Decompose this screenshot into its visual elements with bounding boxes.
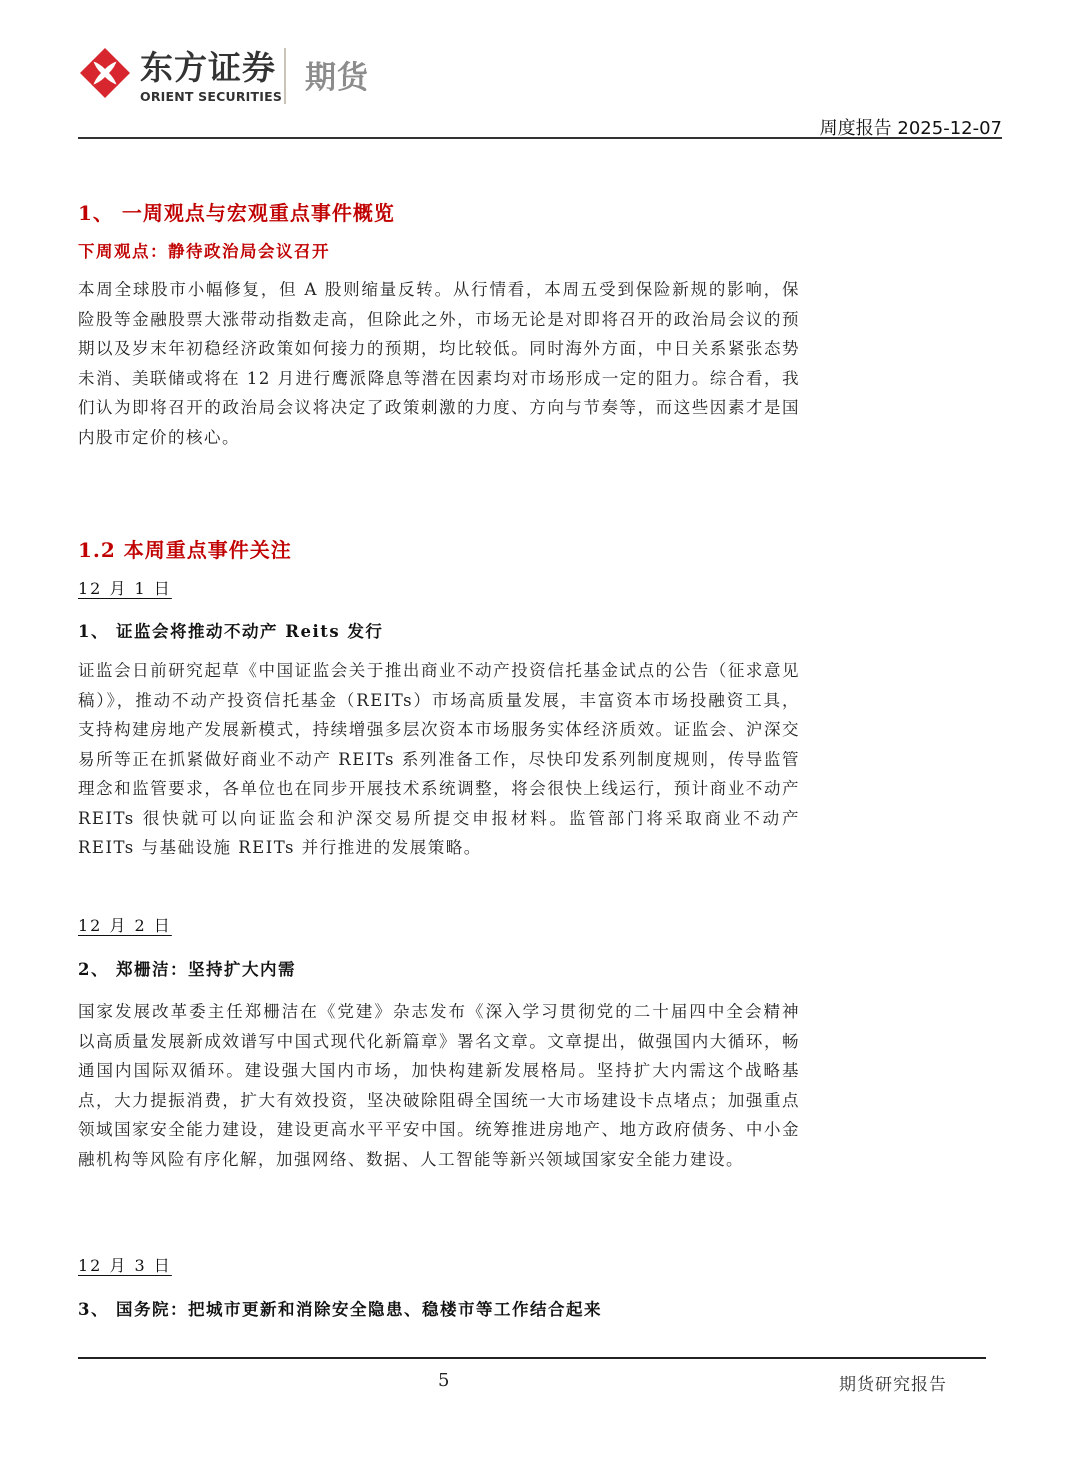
logo-divider (284, 48, 286, 104)
orient-securities-logo-icon (78, 46, 132, 100)
header-divider (78, 137, 1002, 139)
footer-divider (78, 1357, 986, 1359)
event-headline-text: 国务院：把城市更新和消除安全隐患、稳楼市等工作结合起来 (116, 1300, 602, 1319)
event-number: 1、 (78, 618, 116, 642)
page-number: 5 (438, 1370, 449, 1391)
section-1-2-title: 1.2 本周重点事件关注 (78, 534, 292, 563)
logo-chinese-name: 东方证券 (140, 50, 276, 86)
event-body: 证监会日前研究起草《中国证监会关于推出商业不动产投资信托基金试点的公告（征求意见… (78, 656, 800, 863)
division-label: 期货 (305, 52, 369, 97)
event-date: 12 月 2 日 (78, 913, 172, 936)
report-type: 周度报告 (820, 118, 892, 139)
logo-english-name: ORIENT SECURITIES (140, 89, 282, 104)
event-number: 2、 (78, 956, 116, 980)
event-date: 12 月 3 日 (78, 1253, 172, 1276)
event-headline: 3、国务院：把城市更新和消除安全隐患、稳楼市等工作结合起来 (78, 1296, 602, 1320)
event-headline: 2、郑栅洁：坚持扩大内需 (78, 956, 296, 980)
event-headline-text: 郑栅洁：坚持扩大内需 (116, 960, 296, 979)
event-headline: 1、证监会将推动不动产 Reits 发行 (78, 618, 383, 642)
report-date: 2025-12-07 (897, 118, 1002, 139)
section-1-title: 1、 一周观点与宏观重点事件概览 (78, 197, 395, 226)
footer-label: 期货研究报告 (839, 1370, 947, 1395)
weekly-outlook-paragraph: 本周全球股市小幅修复，但 A 股则缩量反转。从行情看，本周五受到保险新规的影响，… (78, 275, 800, 452)
weekly-outlook-subtitle: 下周观点：静待政治局会议召开 (78, 238, 330, 262)
event-number: 3、 (78, 1296, 116, 1320)
event-headline-text: 证监会将推动不动产 Reits 发行 (116, 622, 383, 641)
event-date: 12 月 1 日 (78, 576, 172, 599)
event-body: 国家发展改革委主任郑栅洁在《党建》杂志发布《深入学习贯彻党的二十届四中全会精神 … (78, 997, 800, 1174)
